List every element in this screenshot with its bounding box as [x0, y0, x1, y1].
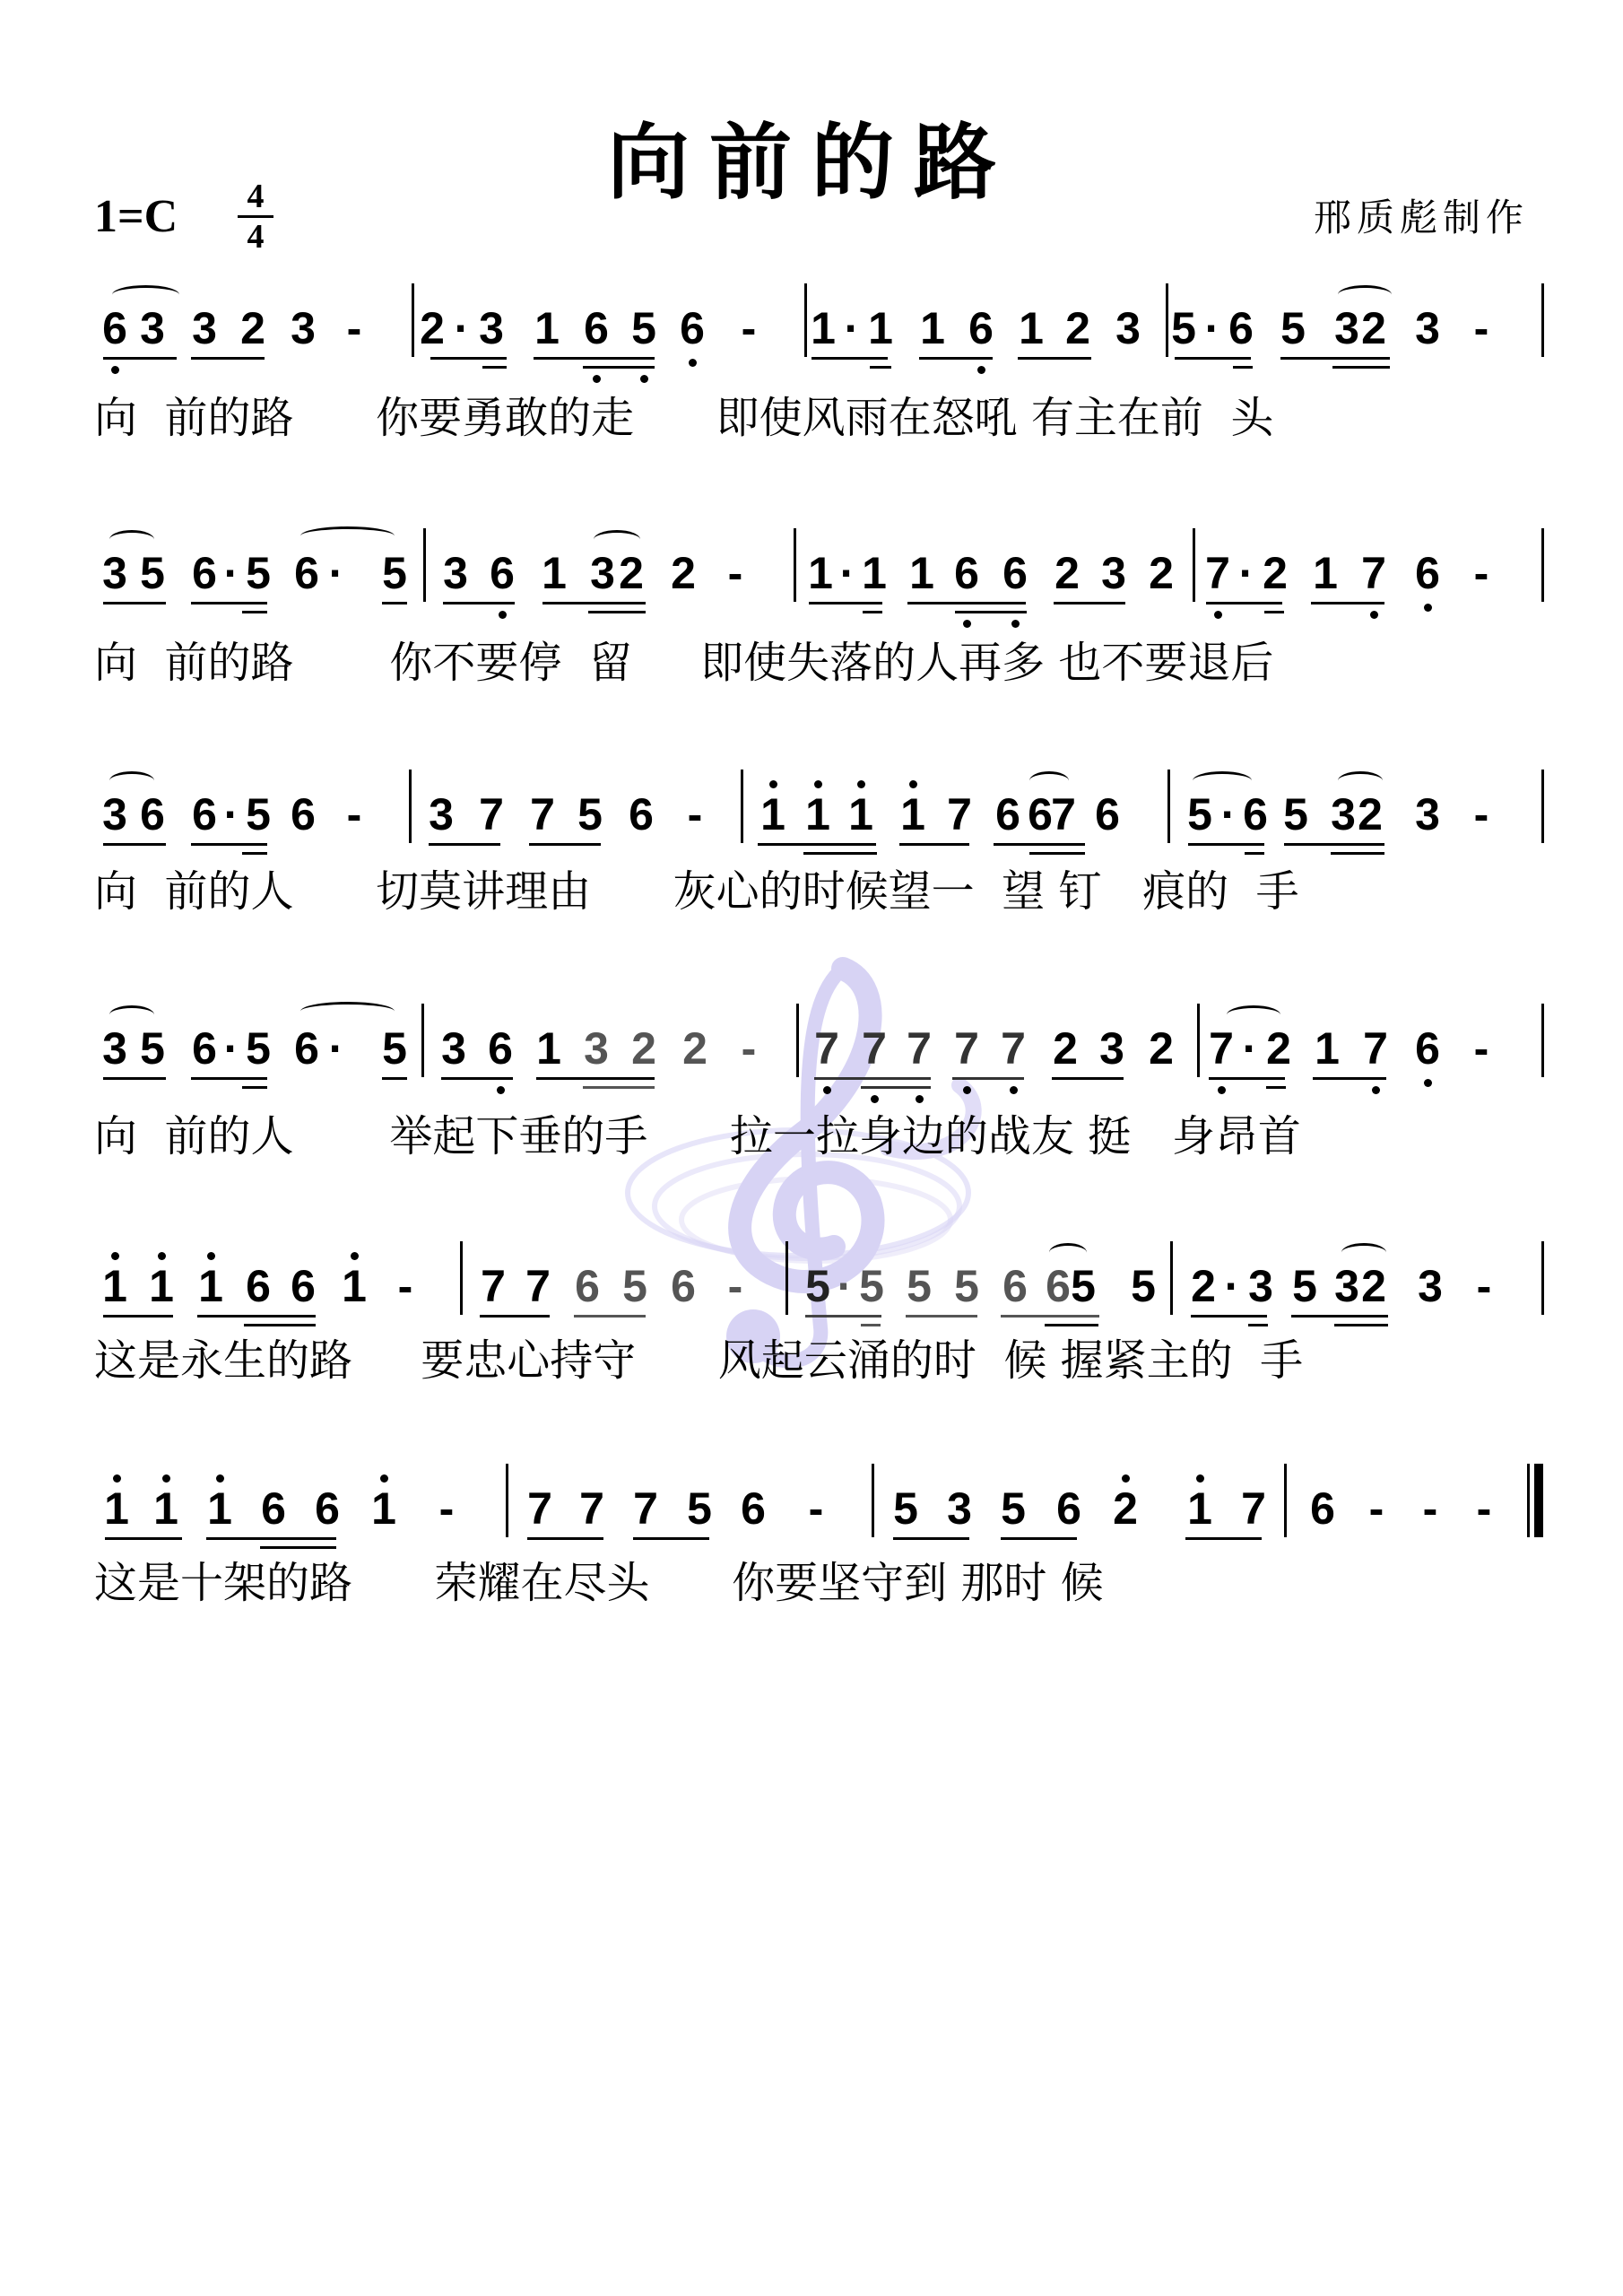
underline	[803, 852, 877, 855]
underline	[1185, 1537, 1262, 1540]
note: 7	[995, 1023, 1031, 1074]
underline	[191, 843, 267, 846]
note: 6	[963, 303, 999, 353]
underline	[1284, 843, 1384, 846]
underline	[574, 1315, 646, 1318]
note: 7	[1358, 1023, 1393, 1074]
underline	[861, 1086, 931, 1089]
note: 1	[143, 1261, 179, 1311]
note: 5	[1065, 1261, 1101, 1311]
lyrics-row-6: 这是十架的路 荣耀在尽头 你要坚守到 那时 候	[94, 1558, 1104, 1608]
note: 3	[423, 789, 459, 839]
note: 3	[1243, 1261, 1279, 1311]
underline	[583, 366, 655, 369]
time-signature-bottom: 4	[247, 218, 265, 256]
lyrics-row-2: 向 前的路 你不要停 留 即使失落的人再多 也不要退后	[94, 638, 1273, 688]
underline	[1209, 1077, 1285, 1080]
note: 2	[1356, 303, 1392, 353]
underline	[527, 1537, 603, 1540]
note: 3	[1110, 303, 1146, 353]
note: 5	[135, 548, 170, 598]
note: 7	[1046, 789, 1081, 839]
note: 2	[613, 548, 649, 598]
note: 6	[997, 1261, 1033, 1311]
note: 1	[1182, 1483, 1218, 1534]
note: -	[1466, 1483, 1502, 1534]
underline	[811, 357, 888, 360]
barline	[1541, 1241, 1544, 1315]
note: 6	[949, 548, 985, 598]
underline	[206, 1537, 336, 1540]
underline	[633, 1537, 709, 1540]
slur	[1338, 285, 1392, 304]
note: 5	[854, 1261, 890, 1311]
note: 6	[1237, 789, 1273, 839]
underline	[1233, 366, 1253, 369]
note: -	[798, 1483, 834, 1534]
underline	[907, 602, 1026, 604]
note: 5	[135, 1023, 170, 1074]
note: 2	[1143, 548, 1179, 598]
underline	[242, 1086, 267, 1089]
barline	[741, 770, 743, 843]
note: 7	[949, 1023, 985, 1074]
note: 3	[135, 303, 170, 353]
note: 1	[366, 1483, 402, 1534]
note: -	[1463, 303, 1499, 353]
note: 3	[436, 1023, 472, 1074]
note: 5	[681, 1483, 717, 1534]
note: 6	[569, 1261, 605, 1311]
note: 1	[148, 1483, 184, 1534]
underline	[542, 602, 646, 604]
note: 6	[1410, 548, 1445, 598]
key-signature: 1=C	[94, 190, 178, 243]
barline	[421, 1004, 424, 1077]
barline	[1170, 1241, 1173, 1315]
underline	[103, 357, 177, 360]
underline	[1054, 602, 1125, 604]
note: 2	[1352, 789, 1388, 839]
underline	[893, 1537, 969, 1540]
note: ·	[318, 1023, 354, 1074]
underline	[906, 1315, 977, 1318]
note: 1	[895, 789, 931, 839]
underline	[197, 1315, 316, 1318]
note: 7	[809, 1023, 845, 1074]
note: 7	[856, 1023, 892, 1074]
barline	[1541, 283, 1544, 357]
slur	[594, 530, 640, 549]
note: 2	[677, 1023, 713, 1074]
underline	[583, 1086, 655, 1089]
note: 2	[1047, 1023, 1083, 1074]
barline	[409, 770, 412, 843]
slur	[1193, 771, 1252, 790]
underline	[1311, 602, 1384, 604]
note: 3	[187, 303, 222, 353]
underline	[242, 852, 267, 855]
note: 6	[309, 1483, 345, 1534]
underline	[534, 357, 655, 360]
note: 6	[285, 1261, 321, 1311]
note: 7	[942, 789, 977, 839]
note: 2	[1356, 1261, 1392, 1311]
note: 1	[800, 789, 836, 839]
underline	[1266, 1086, 1286, 1089]
note: -	[1463, 548, 1499, 598]
underline	[1206, 602, 1282, 604]
note: 5	[1125, 1261, 1161, 1311]
note: 1	[531, 1023, 567, 1074]
note: 5	[1287, 1261, 1323, 1311]
underline	[861, 1324, 881, 1326]
underline	[482, 366, 507, 369]
note: 6	[1051, 1483, 1087, 1534]
underline	[1001, 1537, 1077, 1540]
note: 6	[997, 548, 1033, 598]
slur	[1029, 771, 1069, 790]
underline	[809, 602, 882, 604]
note: 7	[628, 1483, 664, 1534]
note: 7	[473, 789, 509, 839]
barline	[1193, 528, 1195, 602]
note: 1	[1013, 303, 1049, 353]
underline	[1248, 1324, 1268, 1326]
underline	[105, 1537, 182, 1540]
note: 3	[473, 303, 509, 353]
underline	[382, 602, 407, 604]
barline	[1167, 770, 1170, 843]
slur	[300, 1002, 395, 1021]
note: 3	[97, 789, 133, 839]
note: 6	[256, 1483, 291, 1534]
note: 7	[475, 1261, 511, 1311]
note: 7	[574, 1483, 610, 1534]
underline	[1052, 1077, 1124, 1080]
note: 2	[1107, 1483, 1143, 1534]
note: 7	[1356, 548, 1392, 598]
barline	[460, 1241, 463, 1315]
note: -	[336, 303, 372, 353]
note: 1	[843, 789, 879, 839]
note: 3	[1412, 1261, 1448, 1311]
time-signature-top: 4	[247, 178, 265, 215]
note: 2	[626, 1023, 662, 1074]
underline	[952, 1077, 1024, 1080]
note: 6	[735, 1483, 771, 1534]
note: ·	[318, 548, 354, 598]
underline	[191, 1077, 267, 1080]
note: 6	[135, 789, 170, 839]
note: -	[1463, 789, 1499, 839]
lyrics-row-3: 向 前的人 切莫讲理由 灰心的时候望一 望 钉 痕的 手	[94, 866, 1299, 917]
note: -	[717, 1261, 753, 1311]
note: 5	[377, 1023, 412, 1074]
slur	[1341, 1243, 1386, 1262]
slur	[1227, 1005, 1280, 1024]
underline	[260, 1546, 336, 1549]
note: 2	[1143, 1023, 1179, 1074]
lyrics-row-5: 这是永生的路 要忠心持守 风起云涌的时 候 握紧主的 手	[94, 1335, 1303, 1386]
time-signature: 4 4	[238, 179, 273, 254]
note: 5	[377, 548, 412, 598]
note: 2	[1257, 548, 1293, 598]
note: 6	[674, 303, 710, 353]
final-barline-thick	[1534, 1464, 1543, 1537]
underline	[1280, 357, 1390, 360]
slur	[300, 526, 395, 545]
note: 7	[1236, 1483, 1271, 1534]
note: 5	[888, 1483, 924, 1534]
underline	[1191, 1315, 1267, 1318]
slur	[1049, 1243, 1087, 1262]
underline	[588, 611, 646, 613]
note: 6	[1089, 789, 1125, 839]
note: 7	[901, 1023, 937, 1074]
note: 5	[1275, 303, 1311, 353]
note: 6	[665, 1261, 701, 1311]
underline	[443, 602, 515, 604]
note: 2	[235, 303, 271, 353]
note: 2	[1060, 303, 1096, 353]
note: -	[677, 789, 713, 839]
barline	[423, 528, 426, 602]
note: 1	[99, 1483, 135, 1534]
note: 5	[240, 789, 276, 839]
note: 5	[617, 1261, 653, 1311]
note: 5	[1278, 789, 1314, 839]
underline	[805, 1315, 881, 1318]
note: 1	[1309, 1023, 1345, 1074]
note: 6	[1223, 303, 1259, 353]
underline	[1175, 357, 1251, 360]
underline	[814, 1077, 931, 1080]
underline	[536, 1077, 655, 1080]
barline	[872, 1464, 874, 1537]
underline	[441, 1077, 513, 1080]
underline	[919, 357, 993, 360]
slur	[109, 771, 154, 790]
note: 6	[578, 303, 614, 353]
barline	[796, 1004, 799, 1077]
note: 1	[1307, 548, 1343, 598]
underline	[382, 1077, 407, 1080]
note: 6	[1305, 1483, 1341, 1534]
barline	[794, 528, 796, 602]
lyrics-row-1: 向 前的路 你要勇敢的走 即使风雨在怒吼 有主在前 头	[94, 393, 1273, 443]
note: -	[429, 1483, 464, 1534]
note: 5	[240, 1023, 276, 1074]
note: 1	[336, 1261, 372, 1311]
slur	[109, 1005, 154, 1024]
note: 1	[856, 548, 892, 598]
barline	[785, 1241, 788, 1315]
note: 5	[995, 1483, 1031, 1534]
note: 3	[97, 548, 133, 598]
slur	[1338, 771, 1383, 790]
note: 1	[97, 1261, 133, 1311]
note: 5	[901, 1261, 937, 1311]
note: 7	[525, 789, 560, 839]
note: 6	[484, 548, 520, 598]
underline	[103, 843, 166, 846]
note: 1	[755, 789, 791, 839]
underline	[529, 843, 601, 846]
note: 1	[193, 1261, 229, 1311]
underline	[994, 843, 1085, 846]
barline	[1284, 1464, 1287, 1537]
underline	[1029, 852, 1085, 855]
barline	[1541, 528, 1544, 602]
note: 3	[1094, 1023, 1130, 1074]
note: 6	[990, 789, 1026, 839]
note: -	[387, 1261, 423, 1311]
underline	[1045, 1324, 1098, 1326]
note: 3	[1410, 789, 1445, 839]
note: 3	[1096, 548, 1132, 598]
underline	[1313, 1077, 1386, 1080]
note: 5	[572, 789, 608, 839]
note: 6	[97, 303, 133, 353]
note: 5	[240, 548, 276, 598]
underline	[1188, 843, 1264, 846]
note: -	[731, 1023, 767, 1074]
note: 5	[949, 1261, 985, 1311]
underline	[1331, 852, 1384, 855]
underline	[1332, 366, 1390, 369]
underline	[1334, 1324, 1388, 1326]
note: 6	[1410, 1023, 1445, 1074]
note: 6	[623, 789, 659, 839]
underline	[1245, 852, 1264, 855]
note: 3	[97, 1023, 133, 1074]
note: 7	[520, 1261, 556, 1311]
note: 6	[240, 1261, 276, 1311]
lyrics-row-4: 向 前的人 举起下垂的手 拉一拉身边的战友 挺 身昂首	[94, 1111, 1301, 1161]
note: -	[1412, 1483, 1448, 1534]
note: 3	[285, 303, 321, 353]
underline	[244, 1324, 316, 1326]
underline	[191, 357, 265, 360]
underline	[430, 357, 507, 360]
note: 2	[1261, 1023, 1297, 1074]
note: -	[1358, 1483, 1394, 1534]
underline	[103, 1315, 173, 1318]
note: 1	[529, 303, 565, 353]
note: 1	[536, 548, 572, 598]
underline	[955, 611, 1027, 613]
underline	[480, 1315, 550, 1318]
slur	[109, 530, 154, 549]
note: 3	[438, 548, 473, 598]
note: 1	[904, 548, 940, 598]
note: 3	[1410, 303, 1445, 353]
underline	[1001, 1315, 1099, 1318]
underline	[870, 366, 891, 369]
underline	[863, 611, 882, 613]
note: 2	[1049, 548, 1085, 598]
note: 1	[863, 303, 898, 353]
note: 6	[285, 789, 321, 839]
author-credit: 邢质彪制作	[1314, 188, 1529, 242]
note: 3	[578, 1023, 614, 1074]
barline	[506, 1464, 508, 1537]
note: -	[731, 303, 767, 353]
note: 6	[482, 1023, 518, 1074]
underline	[1018, 357, 1091, 360]
barline	[1541, 770, 1544, 843]
underline	[1264, 611, 1284, 613]
note: -	[336, 789, 372, 839]
underline	[242, 611, 267, 613]
underline	[758, 843, 876, 846]
underline	[103, 602, 166, 604]
note: -	[1466, 1261, 1502, 1311]
note: 1	[202, 1483, 238, 1534]
underline	[899, 843, 969, 846]
underline	[429, 843, 500, 846]
note: 1	[915, 303, 950, 353]
barline	[1197, 1004, 1200, 1077]
note: -	[717, 548, 753, 598]
note: -	[1463, 1023, 1499, 1074]
note: 2	[665, 548, 701, 598]
note: 7	[522, 1483, 558, 1534]
final-barline-thin	[1527, 1464, 1530, 1537]
note: 3	[942, 1483, 977, 1534]
underline	[103, 1077, 166, 1080]
underline	[1291, 1315, 1388, 1318]
note: 5	[626, 303, 662, 353]
underline	[191, 602, 267, 604]
slur	[112, 285, 179, 304]
barline	[1541, 1004, 1544, 1077]
